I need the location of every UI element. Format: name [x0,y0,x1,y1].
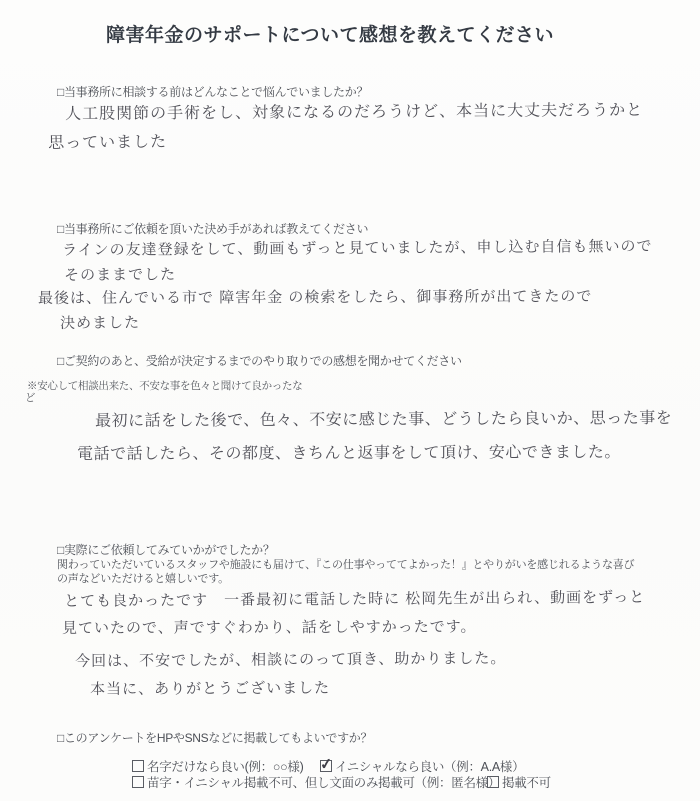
handwriting-line: 今回は、不安でしたが、相談にのって頂き、助かりました。 [75,647,506,671]
question-label: □当事務所にご依頼を頂いた決め手があれば教えてください [57,220,368,237]
check-mark: ✓ [319,754,333,773]
handwriting-line: 決めました [60,311,140,333]
option-label: イニシャルなら良い（例：A.A様） [335,760,524,774]
handwriting-line: 電話で話したら、その都度、きちんと返事をして頂け、安心できました。 [77,439,621,464]
checkbox-icon [487,776,499,788]
checkbox-icon: ✓ [320,760,332,772]
question-label: □ご契約のあと、受給が決定するまでのやり取りでの感想を聞かせてください [57,352,462,369]
handwriting-line: 最初に話をした後で、色々、不安に感じた事、どうしたら良いか、思った事を [95,405,672,431]
question-note-line: ど [25,390,35,405]
option-label: 名字だけなら良い(例：○○様) [147,760,303,774]
question-note-line: ※安心して相談出来た、不安な事を色々と聞けて良かったな [27,378,302,393]
option-label: 掲載不可 [502,776,551,790]
handwriting-line: 思っていました [48,129,167,153]
handwriting-line: 最後は、住んでいる市で 障害年金 の検索をしたら、御事務所が出てきたので [38,285,592,308]
handwriting-line: ラインの友達登録をして、動画もずっと見ていましたが、申し込む自信も無いので [62,235,652,260]
checkbox-icon [132,776,144,788]
question-label: □このアンケートをHPやSNSなどに掲載してもよいですか？ [57,729,372,746]
handwriting-line: とても良かったです 一番最初に電話した時に 松岡先生が出られ、動画をずっと [64,586,645,611]
question-note-line: の声などいただけると嬉しいです。 [57,570,229,586]
publish-option-text-only: 苗字・イニシャル掲載不可、但し文面のみ掲載可（例：匿名様） [132,773,500,791]
page-title: 障害年金のサポートについて感想を教えてください [0,20,660,47]
handwriting-line: 人工股関節の手術をし、対象になるのだろうけど、本当に大丈夫だろうかと [65,97,643,124]
question-label: □当事務所に相談する前はどんなことで悩んでいましたか？ [57,83,368,100]
scanned-survey-page: 障害年金のサポートについて感想を教えてください □当事務所に相談する前はどんなこ… [0,0,700,801]
option-label: 苗字・イニシャル掲載不可、但し文面のみ掲載可（例：匿名様） [147,776,500,790]
checkbox-icon [132,760,144,772]
publish-option-no-publication: 掲載不可 [487,773,551,791]
handwriting-line: 見ていたので、声ですぐわかり、話をしやすかったです。 [62,616,477,638]
handwriting-line: 本当に、ありがとうございました [90,677,330,699]
handwriting-line: そのままでした [64,263,176,285]
